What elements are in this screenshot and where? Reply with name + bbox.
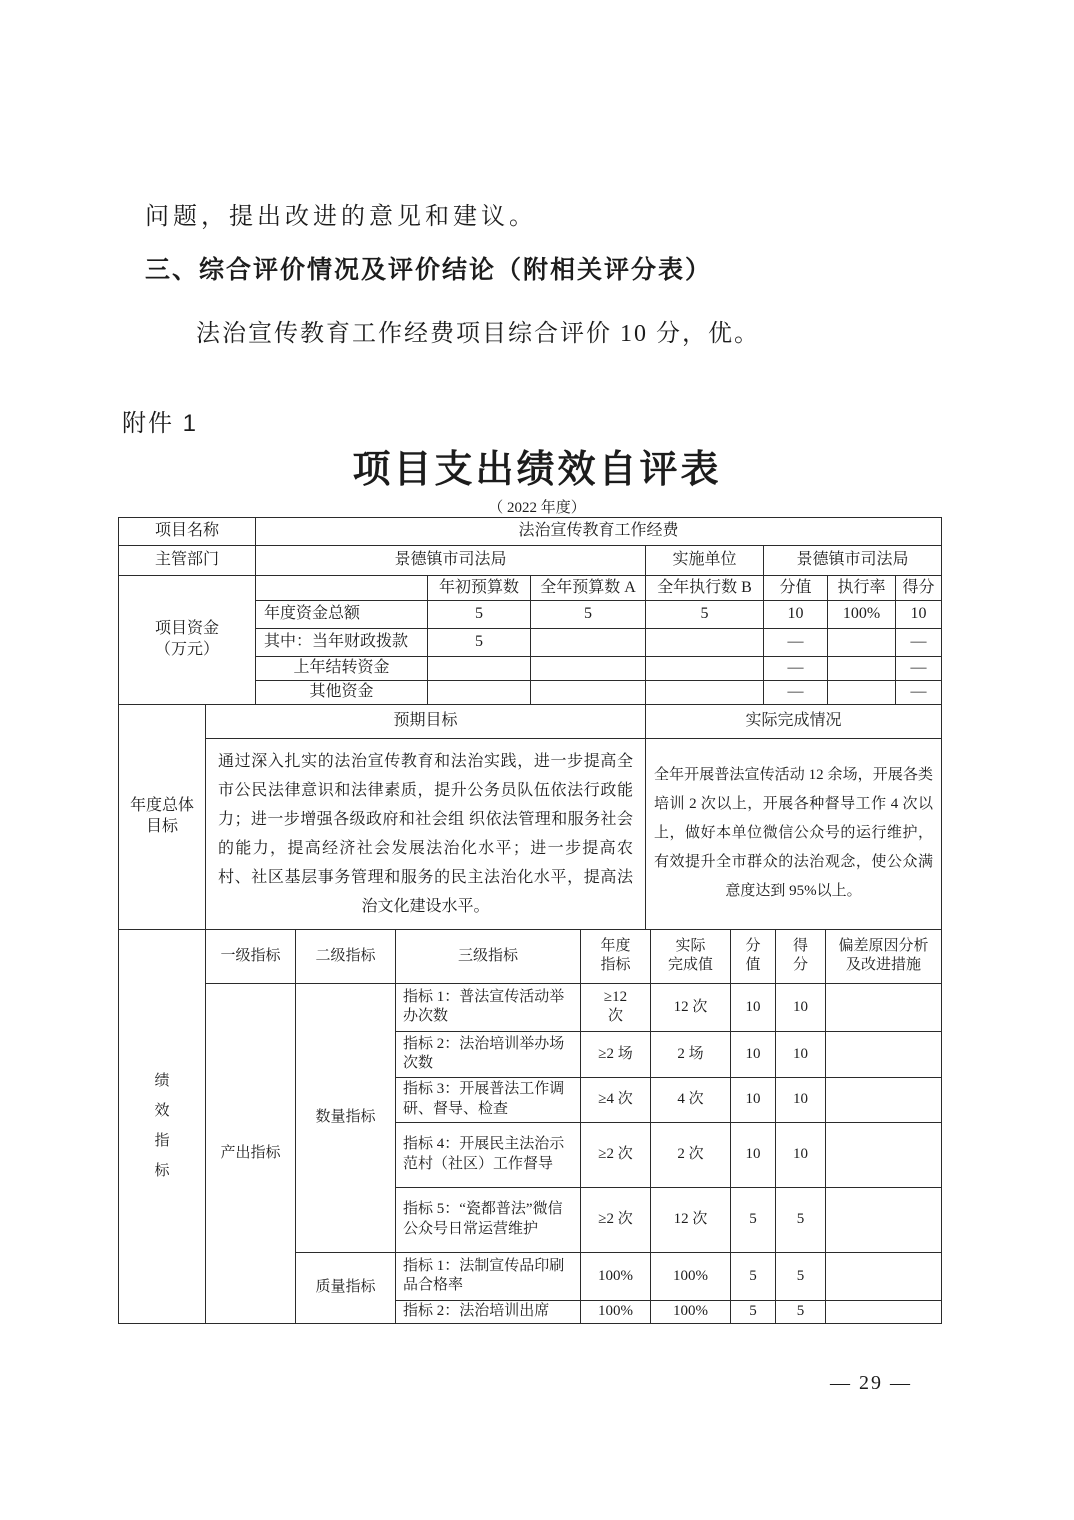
indicator-actual: 2 场 bbox=[651, 1031, 731, 1077]
indicator-actual: 100% bbox=[651, 1300, 731, 1323]
indicator-actual: 12 次 bbox=[651, 983, 731, 1031]
indicator-actual: 100% bbox=[651, 1252, 731, 1300]
funds-header-annual-execution: 全年执行数 B bbox=[646, 576, 764, 601]
goal-row-label: 年度总体 目标 bbox=[119, 704, 206, 929]
funds-cell: 5 bbox=[428, 629, 531, 657]
funds-cell bbox=[646, 629, 764, 657]
indicator-actual: 4 次 bbox=[651, 1077, 731, 1122]
indicator-name: 指标 1：普法宣传活动举办次数 bbox=[396, 983, 581, 1031]
header-level1: 一级指标 bbox=[206, 929, 296, 983]
indicator-score-value: 5 bbox=[731, 1252, 776, 1300]
indicator-name: 指标 2：法治培训出席 bbox=[396, 1300, 581, 1323]
level2-quality-indicators: 质量指标 bbox=[296, 1252, 396, 1323]
indicator-score-got: 10 bbox=[776, 983, 826, 1031]
funds-cell bbox=[646, 657, 764, 681]
funds-cell: 10 bbox=[896, 601, 942, 629]
indicator-score-value: 10 bbox=[731, 1122, 776, 1187]
section-heading: 三、综合评价情况及评价结论（附相关评分表） bbox=[145, 250, 712, 286]
header-deviation: 偏差原因分析 及改进措施 bbox=[826, 929, 942, 983]
indicator-target: ≥4 次 bbox=[581, 1077, 651, 1122]
funds-row-label-carryover: 上年结转资金 bbox=[256, 657, 428, 681]
funds-row-label: 项目资金 （万元） bbox=[119, 576, 256, 705]
indicator-target: ≥2 次 bbox=[581, 1187, 651, 1252]
indicator-score-value: 10 bbox=[731, 1031, 776, 1077]
funds-header-annual-budget: 全年预算数 A bbox=[531, 576, 646, 601]
indicator-score-got: 10 bbox=[776, 1077, 826, 1122]
indicator-score-got: 5 bbox=[776, 1187, 826, 1252]
indicator-score-value: 10 bbox=[731, 1077, 776, 1122]
funds-header-score-value: 分值 bbox=[764, 576, 828, 601]
funds-cell: — bbox=[764, 681, 828, 705]
funds-header-initial-budget: 年初预算数 bbox=[428, 576, 531, 601]
indicator-target: ≥2 次 bbox=[581, 1122, 651, 1187]
header-level3: 三级指标 bbox=[396, 929, 581, 983]
funds-cell bbox=[531, 629, 646, 657]
funds-row-label-fiscal: 其中：当年财政拨款 bbox=[256, 629, 428, 657]
level1-output-indicators: 产出指标 bbox=[206, 983, 296, 1323]
funds-cell bbox=[428, 681, 531, 705]
indicator-score-got: 10 bbox=[776, 1031, 826, 1077]
indicator-actual: 2 次 bbox=[651, 1122, 731, 1187]
deviation-cell bbox=[826, 983, 942, 1031]
header-level2: 二级指标 bbox=[296, 929, 396, 983]
funds-cell bbox=[646, 681, 764, 705]
funds-cell bbox=[531, 657, 646, 681]
goal-actual-text: 全年开展普法宣传活动 12 余场，开展各类培训 2 次以上，开展各种督导工作 4… bbox=[646, 738, 942, 929]
level2-quantity-indicators: 数量指标 bbox=[296, 983, 396, 1252]
indicator-score-value: 10 bbox=[731, 983, 776, 1031]
funds-row-label-total: 年度资金总额 bbox=[256, 601, 428, 629]
indicator-target: ≥12 次 bbox=[581, 983, 651, 1031]
indicator-score-value: 5 bbox=[731, 1300, 776, 1323]
impl-label: 实施单位 bbox=[646, 546, 764, 576]
body-paragraph: 法治宣传教育工作经费项目综合评价 10 分，优。 bbox=[196, 313, 760, 348]
indicator-score-value: 5 bbox=[731, 1187, 776, 1252]
funds-cell bbox=[828, 657, 896, 681]
funds-cell: — bbox=[764, 657, 828, 681]
funds-cell: — bbox=[896, 657, 942, 681]
indicator-target: 100% bbox=[581, 1300, 651, 1323]
goal-expected-header: 预期目标 bbox=[206, 704, 646, 738]
indicator-name: 指标 3：开展普法工作调研、督导、检查 bbox=[396, 1077, 581, 1122]
intro-line: 问题，提出改进的意见和建议。 bbox=[145, 196, 537, 231]
indicator-score-got: 5 bbox=[776, 1300, 826, 1323]
funds-cell: 5 bbox=[646, 601, 764, 629]
header-score-value: 分 值 bbox=[731, 929, 776, 983]
dept-label: 主管部门 bbox=[119, 546, 256, 576]
funds-cell: 5 bbox=[428, 601, 531, 629]
deviation-cell bbox=[826, 1031, 942, 1077]
attachment-label: 附件 1 bbox=[122, 403, 198, 438]
deviation-cell bbox=[826, 1300, 942, 1323]
project-name-value: 法治宣传教育工作经费 bbox=[256, 518, 942, 546]
deviation-cell bbox=[826, 1187, 942, 1252]
doc-title: 项目支出绩效自评表 bbox=[0, 438, 1074, 493]
indicator-score-got: 10 bbox=[776, 1122, 826, 1187]
page-number: — 29 — bbox=[830, 1372, 912, 1395]
indicators-table: 绩 效 指 标 一级指标 二级指标 三级指标 年度 指标 实际 完成值 分 值 … bbox=[118, 929, 942, 1324]
funds-row-label-other: 其他资金 bbox=[256, 681, 428, 705]
deviation-cell bbox=[826, 1077, 942, 1122]
indicator-score-got: 5 bbox=[776, 1252, 826, 1300]
impl-value: 景德镇市司法局 bbox=[764, 546, 942, 576]
funds-header-execution-rate: 执行率 bbox=[828, 576, 896, 601]
project-name-label: 项目名称 bbox=[119, 518, 256, 546]
indicator-name: 指标 1：法制宣传品印刷品合格率 bbox=[396, 1252, 581, 1300]
deviation-cell bbox=[826, 1122, 942, 1187]
empty-cell bbox=[256, 576, 428, 601]
funds-cell bbox=[531, 681, 646, 705]
funds-cell: — bbox=[896, 681, 942, 705]
funds-cell: 5 bbox=[531, 601, 646, 629]
indicator-name: 指标 5：“瓷都普法”微信公众号日常运营维护 bbox=[396, 1187, 581, 1252]
goal-actual-header: 实际完成情况 bbox=[646, 704, 942, 738]
indicator-name: 指标 4：开展民主法治示范村（社区）工作督导 bbox=[396, 1122, 581, 1187]
funds-cell: — bbox=[896, 629, 942, 657]
funds-cell: 10 bbox=[764, 601, 828, 629]
dept-value: 景德镇市司法局 bbox=[256, 546, 646, 576]
indicators-row-label: 绩 效 指 标 bbox=[119, 929, 206, 1323]
funds-cell: — bbox=[764, 629, 828, 657]
header-actual-value: 实际 完成值 bbox=[651, 929, 731, 983]
project-info-table: 项目名称 法治宣传教育工作经费 主管部门 景德镇市司法局 实施单位 景德镇市司法… bbox=[118, 517, 942, 705]
deviation-cell bbox=[826, 1252, 942, 1300]
indicator-target: 100% bbox=[581, 1252, 651, 1300]
funds-cell: 100% bbox=[828, 601, 896, 629]
funds-cell bbox=[828, 681, 896, 705]
header-score-got: 得 分 bbox=[776, 929, 826, 983]
indicator-name: 指标 2：法治培训举办场次数 bbox=[396, 1031, 581, 1077]
header-annual-target: 年度 指标 bbox=[581, 929, 651, 983]
self-evaluation-table: 项目名称 法治宣传教育工作经费 主管部门 景德镇市司法局 实施单位 景德镇市司法… bbox=[118, 517, 941, 1324]
funds-cell bbox=[828, 629, 896, 657]
annual-goal-table: 年度总体 目标 预期目标 实际完成情况 通过深入扎实的法治宣传教育和法治实践，进… bbox=[118, 704, 942, 930]
indicator-target: ≥2 场 bbox=[581, 1031, 651, 1077]
funds-cell bbox=[428, 657, 531, 681]
goal-expected-text: 通过深入扎实的法治宣传教育和法治实践，进一步提高全市公民法律意识和法律素质，提升… bbox=[206, 738, 646, 929]
funds-header-score-got: 得分 bbox=[896, 576, 942, 601]
indicator-actual: 12 次 bbox=[651, 1187, 731, 1252]
doc-subtitle: （ 2022 年度） bbox=[0, 496, 1074, 517]
